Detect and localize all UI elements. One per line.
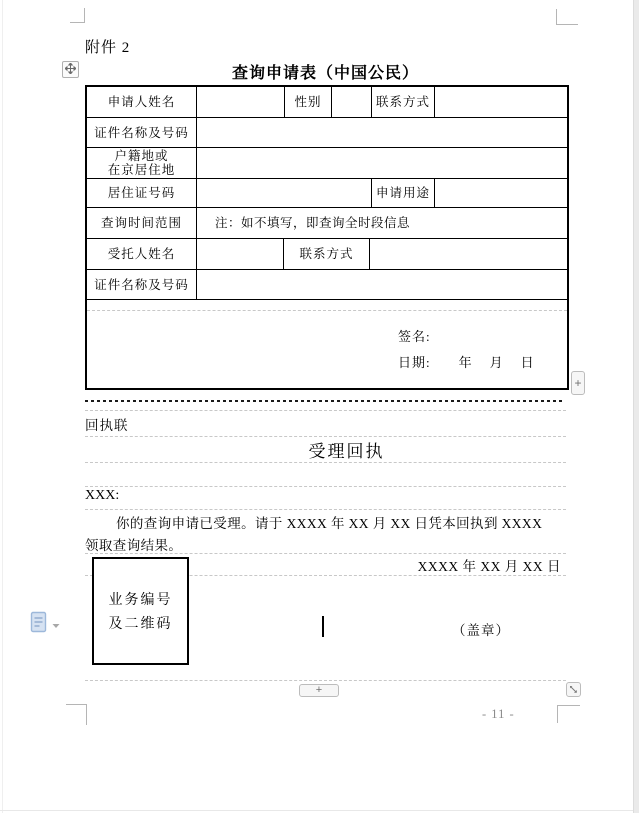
crop-mark-bottom-right	[557, 706, 558, 723]
contact-cell[interactable]	[435, 87, 567, 117]
paste-icon	[29, 611, 48, 638]
id-name-no-label: 证件名称及号码	[87, 118, 197, 147]
diagonal-resize-icon	[569, 684, 578, 696]
signature-cell[interactable]: 签名: 日期:年月日	[87, 300, 567, 388]
trustee-name-label: 受托人姓名	[87, 239, 197, 269]
table-row: 受托人姓名 联系方式	[87, 239, 567, 270]
purpose-cell[interactable]	[435, 179, 567, 207]
grid-dashed-line	[85, 462, 566, 463]
trustee-contact-cell[interactable]	[370, 239, 567, 269]
receipt-title: 受理回执	[85, 437, 566, 462]
qr-code-box: 业务编号 及二维码	[92, 557, 189, 665]
document-page: 附件 2 查询申请表（中国公民） 申请人姓名 性别 联系方式 证件名称及号码	[0, 0, 639, 813]
sign-label: 签名:	[398, 329, 431, 344]
table-row: 居住证号码 申请用途	[87, 179, 567, 208]
page-edge-right	[633, 0, 639, 813]
id-name-no-cell[interactable]	[197, 118, 567, 147]
residence-label-line2: 在京居住地	[108, 163, 176, 177]
month-label: 月	[490, 355, 504, 370]
grid-dashed-line	[85, 410, 566, 411]
gender-label: 性别	[285, 87, 332, 117]
paste-options-button[interactable]	[29, 612, 63, 637]
contact-label: 联系方式	[372, 87, 435, 117]
table-row: 查询时间范围 注：如不填写，即查询全时段信息	[87, 208, 567, 239]
grid-dashed-line	[85, 680, 566, 681]
purpose-label: 申请用途	[372, 179, 435, 207]
table-move-handle[interactable]	[62, 61, 79, 78]
hidden-gridline	[87, 310, 567, 311]
crop-mark-top-right-h	[556, 24, 578, 25]
residence-label-line1: 户籍地或	[114, 149, 168, 163]
move-icon	[65, 61, 76, 79]
grid-dashed-line	[85, 486, 566, 487]
form-title: 查询申请表（中国公民）	[85, 60, 566, 83]
qr-box-line2: 及二维码	[109, 613, 173, 633]
date-line: 日期:年月日	[398, 350, 535, 376]
table-row: 证件名称及号码	[87, 118, 567, 148]
application-form-table: 申请人姓名 性别 联系方式 证件名称及号码 户籍地或 在京居住地 居住证号码 申…	[85, 85, 569, 390]
table-row: 签名: 日期:年月日	[87, 300, 567, 388]
receipt-salutation: XXX:	[85, 488, 119, 504]
residence-cell[interactable]	[197, 148, 567, 178]
date-label: 日期:	[398, 355, 431, 370]
attachment-label: 附件 2	[85, 36, 130, 57]
page-number: - 11 -	[482, 707, 515, 722]
query-time-note[interactable]: 注：如不填写，即查询全时段信息	[197, 208, 567, 238]
applicant-name-cell[interactable]	[197, 87, 285, 117]
crop-mark-bottom-right-h	[557, 705, 580, 706]
text-cursor	[322, 616, 324, 637]
table-row: 申请人姓名 性别 联系方式	[87, 87, 567, 118]
table-insert-handle-bottom[interactable]: +	[299, 684, 339, 697]
chevron-down-icon	[52, 616, 60, 634]
trustee-name-cell[interactable]	[197, 239, 284, 269]
signature-block: 签名: 日期:年月日	[398, 324, 535, 376]
gender-cell[interactable]	[332, 87, 372, 117]
trustee-id-name-no-label: 证件名称及号码	[87, 270, 197, 299]
table-row: 户籍地或 在京居住地	[87, 148, 567, 179]
year-label: 年	[459, 355, 473, 370]
query-time-range-label: 查询时间范围	[87, 208, 197, 238]
sign-line: 签名:	[398, 324, 535, 350]
page-edge-left	[2, 0, 3, 813]
table-row: 证件名称及号码	[87, 270, 567, 300]
crop-mark-top-left	[84, 8, 85, 23]
applicant-name-label: 申请人姓名	[87, 87, 197, 117]
day-label: 日	[521, 355, 535, 370]
qr-box-line1: 业务编号	[109, 589, 173, 609]
crop-mark-bottom-left-h	[66, 704, 87, 705]
cut-line	[85, 400, 563, 402]
table-resize-handle[interactable]	[566, 682, 581, 697]
grid-dashed-line	[85, 509, 566, 510]
residence-permit-no-label: 居住证号码	[87, 179, 197, 207]
seal-label: （盖章）	[452, 619, 510, 639]
receipt-stub-label: 回执联	[85, 414, 129, 434]
crop-mark-top-left-h	[70, 22, 85, 23]
residence-label: 户籍地或 在京居住地	[87, 148, 197, 178]
crop-mark-top-right	[556, 9, 557, 25]
trustee-contact-label: 联系方式	[284, 239, 370, 269]
page-edge-bottom	[0, 810, 639, 811]
receipt-body-line2: 领取查询结果。	[85, 534, 182, 554]
trustee-id-name-no-cell[interactable]	[197, 270, 567, 299]
table-insert-handle-right[interactable]: +	[571, 371, 585, 395]
receipt-body-line1: 你的查询申请已受理。请于 XXXX 年 XX 月 XX 日凭本回执到 XXXX	[85, 512, 542, 532]
residence-permit-no-cell[interactable]	[197, 179, 372, 207]
crop-mark-bottom-left	[86, 705, 87, 725]
